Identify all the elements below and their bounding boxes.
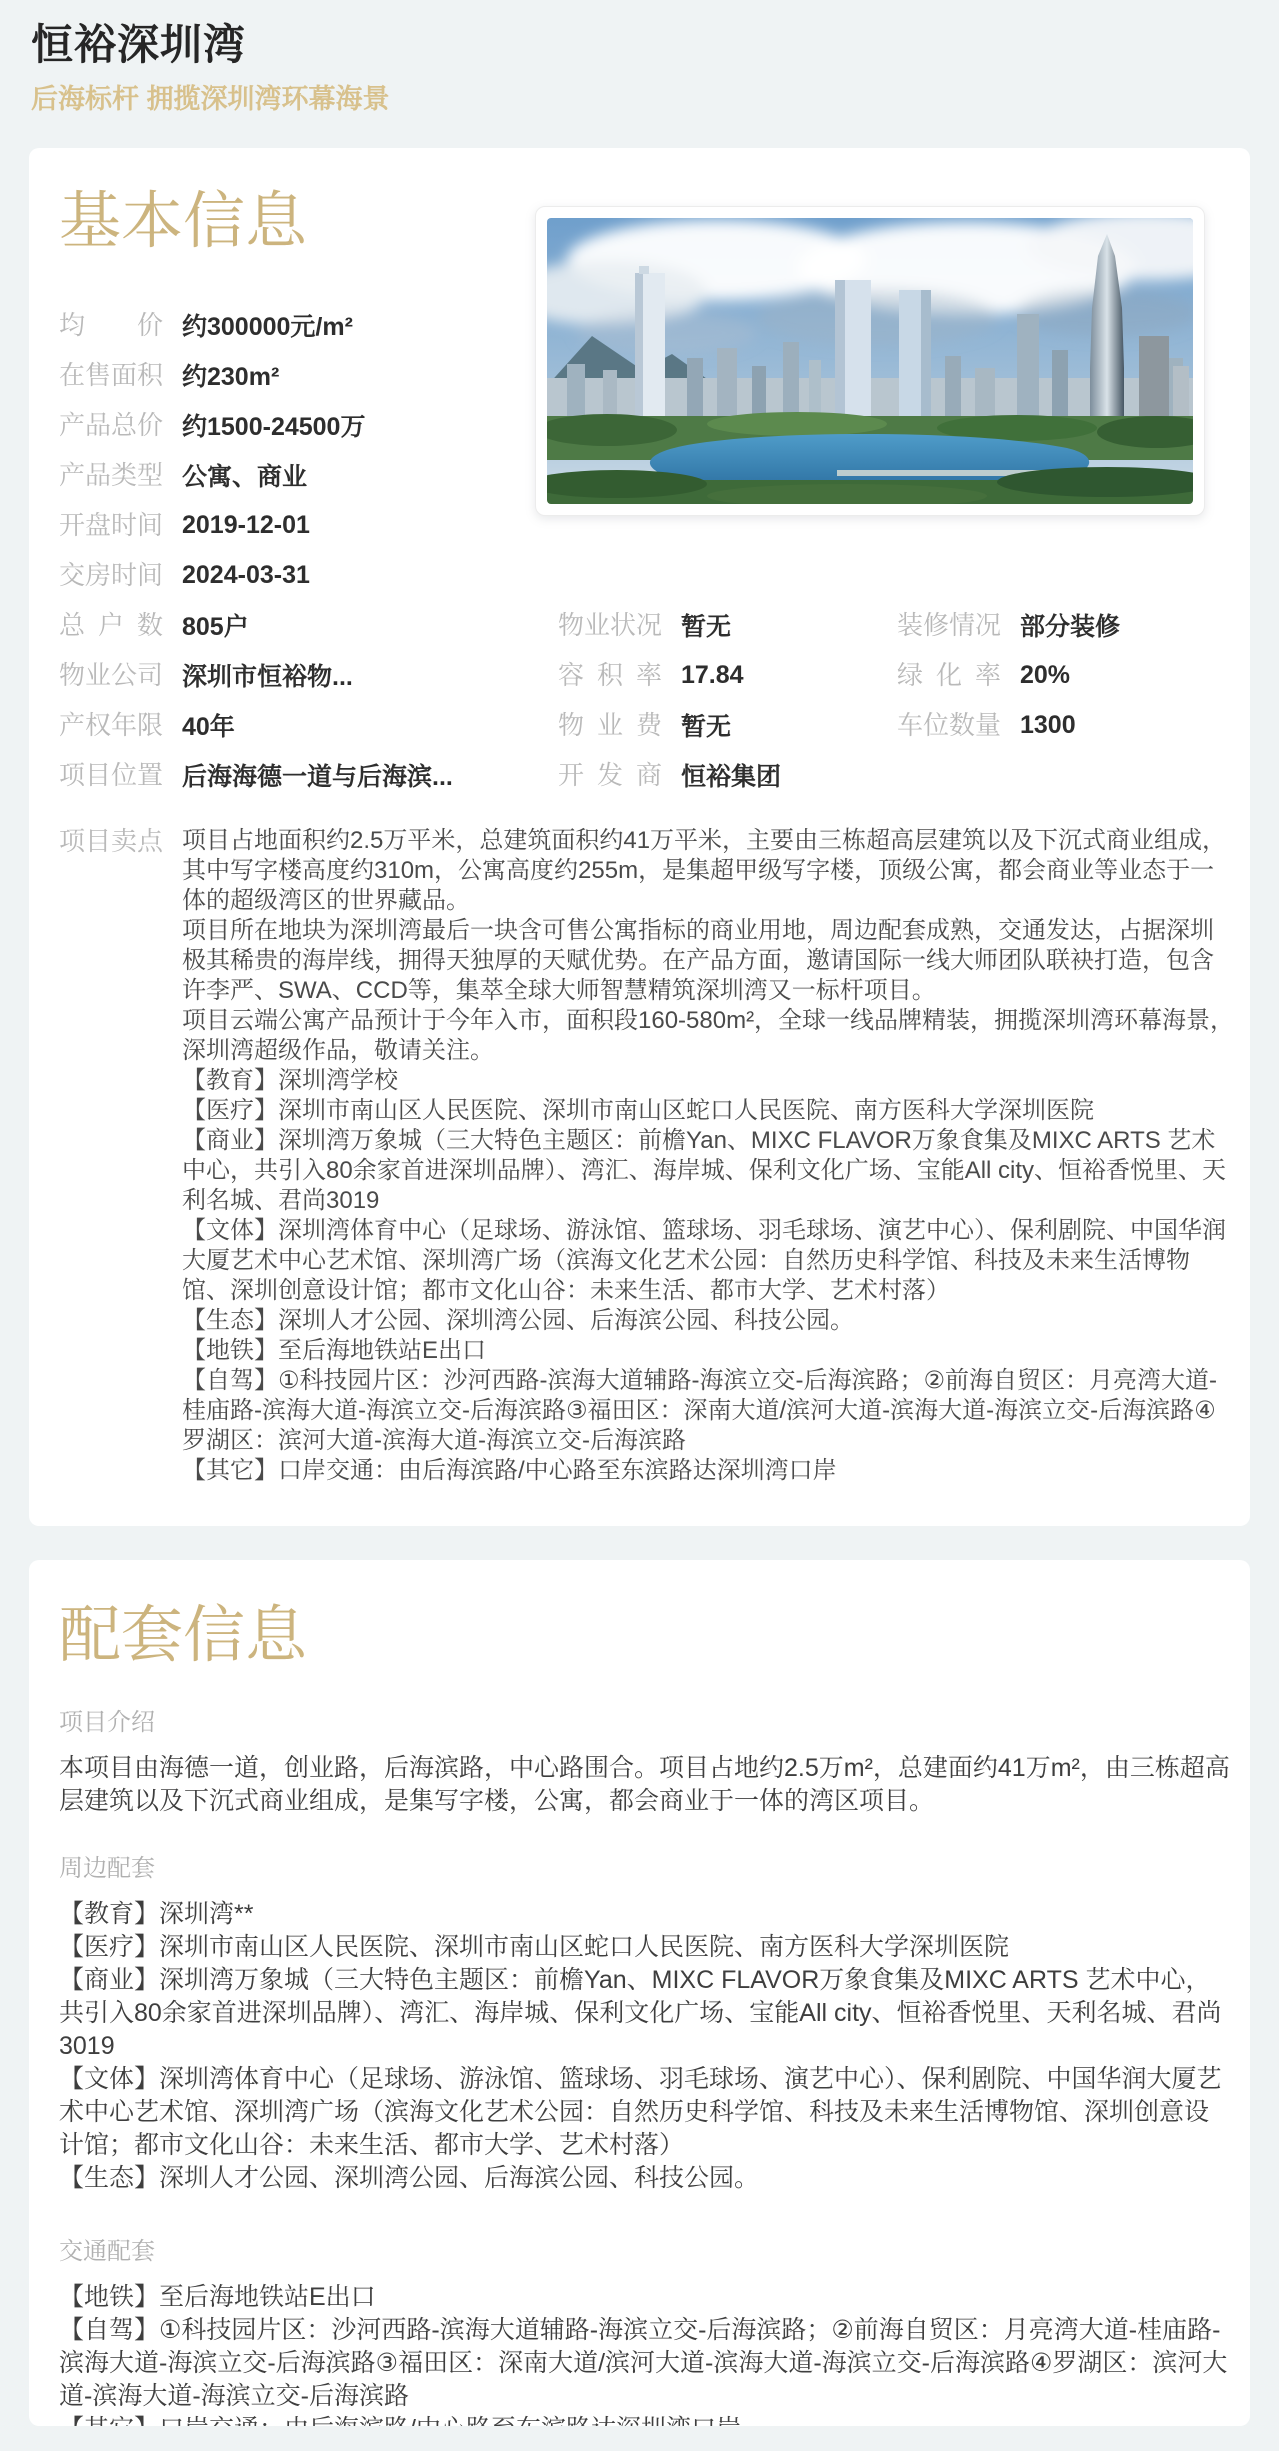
field-value: 20%: [1020, 661, 1070, 690]
field-value: 暂无: [681, 607, 731, 643]
selling-points-commerce: 【商业】深圳湾万象城（三大特色主题区：前檐Yan、MIXC FLAVOR万象食集…: [182, 1126, 1236, 1216]
field-value: 部分装修: [1020, 607, 1120, 643]
field-label: 在售面积: [59, 360, 163, 390]
basic-info-card: 基本信息: [29, 148, 1250, 1526]
field-row-parking-spaces: 车位数量 1300: [897, 700, 1120, 750]
selling-points-label: 项目卖点: [59, 826, 163, 856]
traffic-other: 【其它】口岸交通：由后海滨路/中心路至东滨路达深圳湾口岸: [59, 2413, 1230, 2426]
surrounding-medical: 【医疗】深圳市南山区人民医院、深圳市南山区蛇口人民医院、南方医科大学深圳医院: [59, 1931, 1230, 1964]
selling-points-paragraph: 项目占地面积约2.5万平米，总建筑面积约41万平米，主要由三栋超高层建筑以及下沉…: [182, 826, 1236, 916]
surrounding-commerce: 【商业】深圳湾万象城（三大特色主题区：前檐Yan、MIXC FLAVOR万象食集…: [59, 1964, 1230, 2063]
project-intro-group: 项目介绍 本项目由海德一道，创业路，后海滨路，中心路围合。项目占地约2.5万m²…: [59, 1708, 1230, 1818]
field-value: 17.84: [681, 661, 744, 690]
traffic-facilities-text: 【地铁】至后海地铁站E出口 【自驾】①科技园片区：沙河西路-滨海大道辅路-海滨立…: [59, 2281, 1230, 2426]
traffic-metro: 【地铁】至后海地铁站E出口: [59, 2281, 1230, 2314]
selling-points-paragraph: 项目云端公寓产品预计于今年入市，面积段160-580m²，全球一线品牌精装，拥揽…: [182, 1006, 1236, 1066]
field-label: 物业公司: [59, 660, 163, 690]
surrounding-facilities-group: 周边配套 【教育】深圳湾** 【医疗】深圳市南山区人民医院、深圳市南山区蛇口人民…: [59, 1854, 1230, 2195]
page-header: 恒裕深圳湾 后海标杆 拥揽深圳湾环幕海景: [0, 0, 1279, 116]
field-value: 公寓、商业: [182, 457, 307, 493]
selling-points-medical: 【医疗】深圳市南山区人民医院、深圳市南山区蛇口人民医院、南方医科大学深圳医院: [182, 1096, 1236, 1126]
field-label: 装修情况: [897, 610, 1001, 640]
property-page: 恒裕深圳湾 后海标杆 拥揽深圳湾环幕海景 基本信息: [0, 0, 1279, 2426]
page-subtitle: 后海标杆 拥揽深圳湾环幕海景: [31, 82, 1279, 116]
field-value: 约230m²: [182, 357, 279, 393]
skyline-illustration: [547, 218, 1193, 504]
field-label: 交房时间: [59, 560, 163, 590]
surrounding-culture-sports: 【文体】深圳湾体育中心（足球场、游泳馆、篮球场、羽毛球场、演艺中心）、保利剧院、…: [59, 2063, 1230, 2162]
field-value: 暂无: [681, 707, 731, 743]
field-row-plot-ratio: 容积率 17.84: [558, 650, 781, 700]
facilities-card: 配套信息 项目介绍 本项目由海德一道，创业路，后海滨路，中心路围合。项目占地约2…: [29, 1560, 1250, 2426]
selling-points-other: 【其它】口岸交通：由后海滨路/中心路至东滨路达深圳湾口岸: [182, 1456, 1236, 1486]
traffic-facilities-label: 交通配套: [59, 2237, 1230, 2267]
field-value: 40年: [182, 707, 235, 743]
project-intro-label: 项目介绍: [59, 1708, 1230, 1738]
field-label: 开盘时间: [59, 510, 163, 540]
field-row-developer: 开发商 恒裕集团: [558, 750, 781, 800]
field-value: 后海海德一道与后海滨...: [182, 757, 453, 793]
field-row-delivery-date: 交房时间 2024-03-31: [59, 550, 1236, 600]
surrounding-ecology: 【生态】深圳人才公园、深圳湾公园、后海滨公园、科技公园。: [59, 2162, 1230, 2195]
traffic-facilities-group: 交通配套 【地铁】至后海地铁站E出口 【自驾】①科技园片区：沙河西路-滨海大道辅…: [59, 2237, 1230, 2426]
hero-photo[interactable]: [535, 206, 1205, 516]
field-label: 车位数量: [897, 710, 1001, 740]
selling-points-metro: 【地铁】至后海地铁站E出口: [182, 1336, 1236, 1366]
selling-points-section: 项目卖点 项目占地面积约2.5万平米，总建筑面积约41万平米，主要由三栋超高层建…: [59, 826, 1236, 1486]
traffic-driving: 【自驾】①科技园片区：沙河西路-滨海大道辅路-海滨立交-后海滨路；②前海自贸区：…: [59, 2314, 1230, 2413]
field-row-property-fee: 物业费 暂无: [558, 700, 781, 750]
field-value: 2024-03-31: [182, 561, 310, 590]
field-label: 物业状况: [558, 610, 662, 640]
selling-points-culture-sports: 【文体】深圳湾体育中心（足球场、游泳馆、篮球场、羽毛球场、演艺中心）、保利剧院、…: [182, 1216, 1236, 1306]
field-label: 项目位置: [59, 760, 163, 790]
project-intro-paragraph: 本项目由海德一道，创业路，后海滨路，中心路围合。项目占地约2.5万m²，总建面约…: [59, 1752, 1230, 1818]
surrounding-education: 【教育】深圳湾**: [59, 1898, 1230, 1931]
field-label: 绿化率: [897, 660, 1001, 690]
field-value: 深圳市恒裕物...: [182, 657, 353, 693]
field-value: 约1500-24500万: [182, 407, 365, 443]
field-label: 产权年限: [59, 710, 163, 740]
field-label: 产品类型: [59, 460, 163, 490]
selling-points-paragraph: 项目所在地块为深圳湾最后一块含可售公寓指标的商业用地，周边配套成熟，交通发达，占…: [182, 916, 1236, 1006]
field-value: 恒裕集团: [681, 757, 781, 793]
field-label: 容积率: [558, 660, 662, 690]
selling-points-education: 【教育】深圳湾学校: [182, 1066, 1236, 1096]
basic-info-fields-col3: 装修情况 部分装修 绿化率 20% 车位数量 1300: [897, 600, 1120, 750]
page-title: 恒裕深圳湾: [31, 20, 1279, 70]
field-row-decoration: 装修情况 部分装修: [897, 600, 1120, 650]
field-value: 约300000元/m²: [182, 307, 353, 343]
field-label: 均价: [59, 310, 163, 340]
surrounding-facilities-text: 【教育】深圳湾** 【医疗】深圳市南山区人民医院、深圳市南山区蛇口人民医院、南方…: [59, 1898, 1230, 2195]
field-label: 开发商: [558, 760, 662, 790]
skyline-photo-image: [547, 218, 1193, 504]
field-row-property-status: 物业状况 暂无: [558, 600, 781, 650]
field-label: 物业费: [558, 710, 662, 740]
project-intro-text: 本项目由海德一道，创业路，后海滨路，中心路围合。项目占地约2.5万m²，总建面约…: [59, 1752, 1230, 1818]
basic-info-fields-col2: 物业状况 暂无 容积率 17.84 物业费 暂无 开发商 恒裕集团: [558, 600, 781, 800]
field-row-greening-rate: 绿化率 20%: [897, 650, 1120, 700]
selling-points-driving: 【自驾】①科技园片区：沙河西路-滨海大道辅路-海滨立交-后海滨路；②前海自贸区：…: [182, 1366, 1236, 1456]
field-value: 1300: [1020, 711, 1076, 740]
field-label: 总户数: [59, 610, 163, 640]
field-value: 2019-12-01: [182, 511, 310, 540]
selling-points-ecology: 【生态】深圳人才公园、深圳湾公园、后海滨公园、科技公园。: [182, 1306, 1236, 1336]
surrounding-facilities-label: 周边配套: [59, 1854, 1230, 1884]
field-label: 产品总价: [59, 410, 163, 440]
field-value: 805户: [182, 607, 249, 643]
facilities-title: 配套信息: [59, 1600, 1230, 1672]
selling-points-text: 项目占地面积约2.5万平米，总建筑面积约41万平米，主要由三栋超高层建筑以及下沉…: [182, 826, 1236, 1486]
